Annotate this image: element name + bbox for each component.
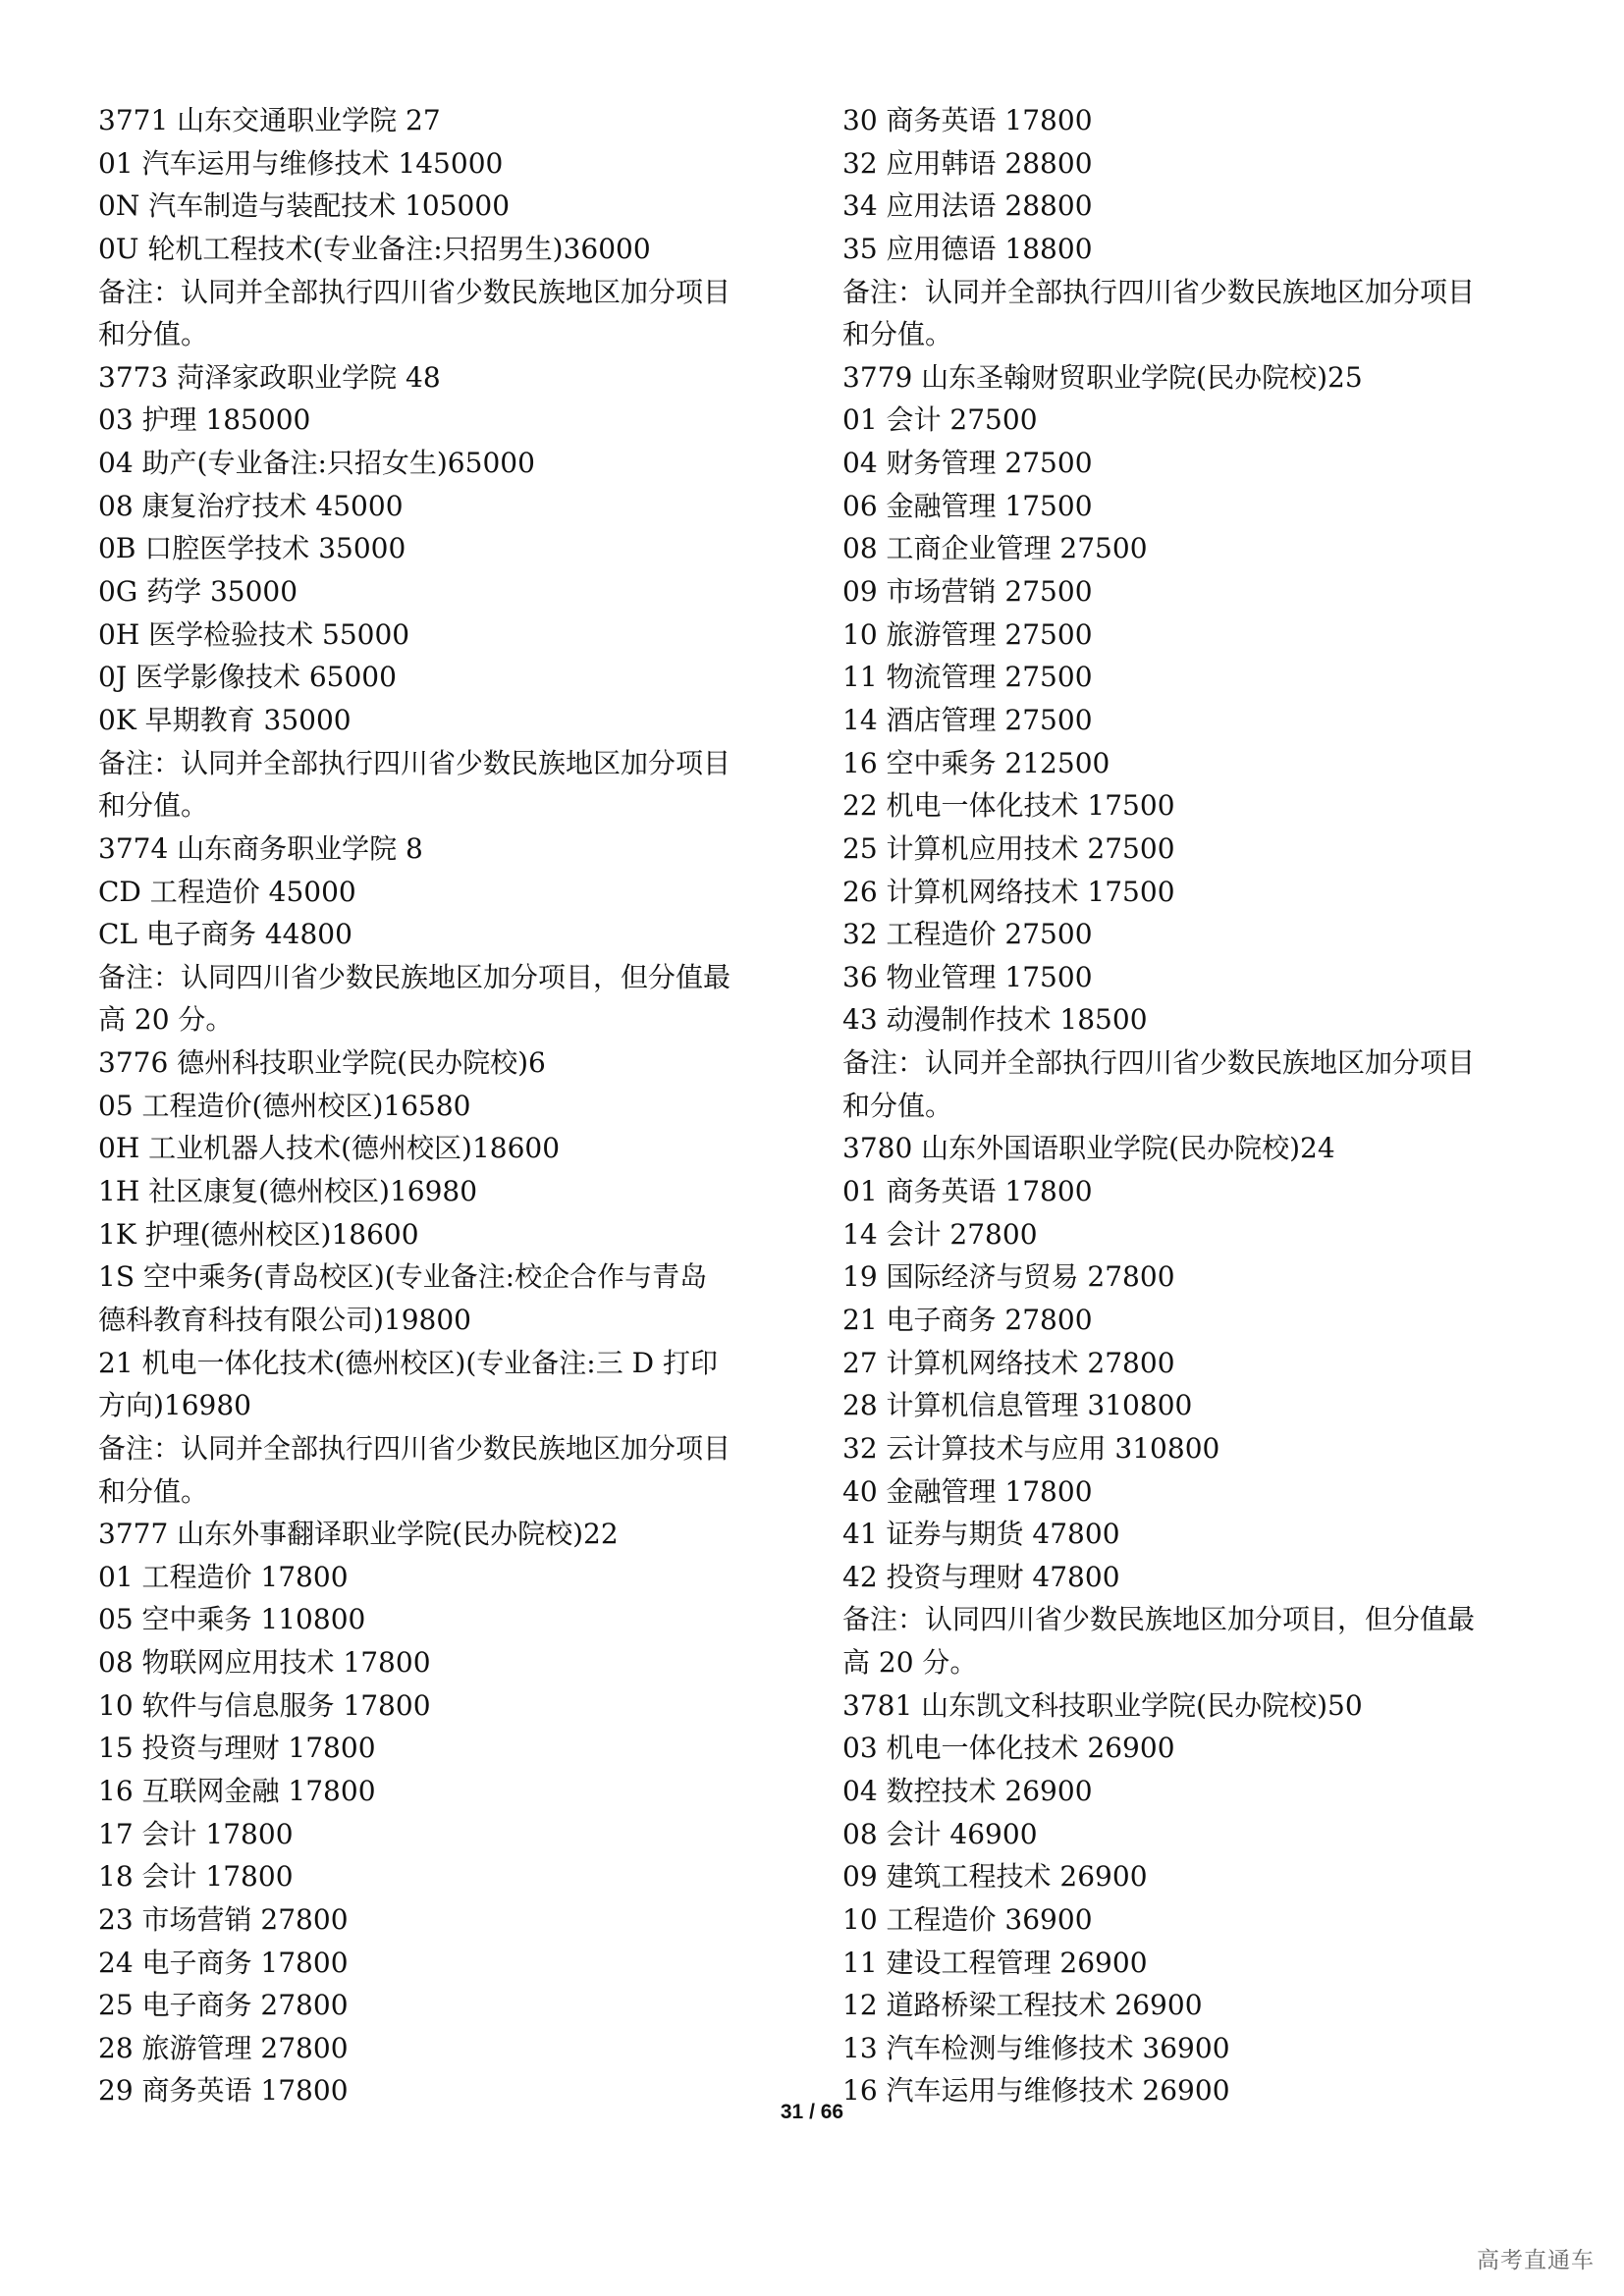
program-row: 0N 汽车制造与装配技术 105000	[98, 185, 805, 228]
program-row: 42 投资与理财 47800	[842, 1556, 1549, 1599]
program-row: 26 计算机网络技术 17500	[842, 871, 1549, 914]
institution-header: 3773 菏泽家政职业学院 48	[98, 356, 805, 400]
program-row: 12 道路桥梁工程技术 26900	[842, 1984, 1549, 2027]
program-row: 01 工程造价 17800	[98, 1556, 805, 1599]
program-row: 03 护理 185000	[98, 399, 805, 442]
note-line: 和分值。	[98, 313, 805, 356]
note-line: 高 20 分。	[842, 1641, 1549, 1684]
program-row: 11 建设工程管理 26900	[842, 1942, 1549, 1985]
program-row: 32 工程造价 27500	[842, 913, 1549, 956]
program-row: 0H 工业机器人技术(德州校区)18600	[98, 1127, 805, 1170]
program-row: 18 会计 17800	[98, 1855, 805, 1898]
note-line: 备注：认同四川省少数民族地区加分项目，但分值最	[842, 1598, 1549, 1641]
program-row: 0G 药学 35000	[98, 570, 805, 614]
institution-header: 3780 山东外国语职业学院(民办院校)24	[842, 1127, 1549, 1170]
program-row: 27 计算机网络技术 27800	[842, 1342, 1549, 1385]
note-line: 备注：认同并全部执行四川省少数民族地区加分项目	[842, 271, 1549, 314]
note-line: 备注：认同四川省少数民族地区加分项目，但分值最	[98, 956, 805, 999]
program-row: 方向)16980	[98, 1384, 805, 1427]
note-line: 和分值。	[98, 1470, 805, 1514]
program-row: 14 会计 27800	[842, 1213, 1549, 1256]
program-row: 10 旅游管理 27500	[842, 614, 1549, 657]
program-row: 01 汽车运用与维修技术 145000	[98, 142, 805, 186]
program-row: 19 国际经济与贸易 27800	[842, 1255, 1549, 1299]
program-row: 16 空中乘务 212500	[842, 742, 1549, 785]
program-row: 08 会计 46900	[842, 1813, 1549, 1856]
program-row: 08 康复治疗技术 45000	[98, 485, 805, 528]
program-row: 0K 早期教育 35000	[98, 699, 805, 742]
program-row: 28 计算机信息管理 310800	[842, 1384, 1549, 1427]
program-row: 09 建筑工程技术 26900	[842, 1855, 1549, 1898]
note-line: 备注：认同并全部执行四川省少数民族地区加分项目	[98, 742, 805, 785]
program-row: 04 财务管理 27500	[842, 442, 1549, 485]
program-row: CD 工程造价 45000	[98, 871, 805, 914]
institution-header: 3779 山东圣翰财贸职业学院(民办院校)25	[842, 356, 1549, 400]
note-line: 备注：认同并全部执行四川省少数民族地区加分项目	[98, 1427, 805, 1470]
program-row: 1H 社区康复(德州校区)16980	[98, 1170, 805, 1213]
program-row: 22 机电一体化技术 17500	[842, 784, 1549, 828]
program-row: 23 市场营销 27800	[98, 1898, 805, 1942]
program-row: 05 空中乘务 110800	[98, 1598, 805, 1641]
program-row: 13 汽车检测与维修技术 36900	[842, 2027, 1549, 2070]
program-row: 25 电子商务 27800	[98, 1984, 805, 2027]
program-row: 36 物业管理 17500	[842, 956, 1549, 999]
program-row: 41 证券与期货 47800	[842, 1513, 1549, 1556]
program-row: 0H 医学检验技术 55000	[98, 614, 805, 657]
program-row: 43 动漫制作技术 18500	[842, 998, 1549, 1041]
program-row: 1S 空中乘务(青岛校区)(专业备注:校企合作与青岛	[98, 1255, 805, 1299]
program-row: 21 电子商务 27800	[842, 1299, 1549, 1342]
watermark: 高考直通车	[1477, 2242, 1595, 2274]
program-row: 35 应用德语 18800	[842, 228, 1549, 271]
program-row: 03 机电一体化技术 26900	[842, 1727, 1549, 1770]
program-row: 11 物流管理 27500	[842, 656, 1549, 699]
note-line: 和分值。	[842, 1085, 1549, 1128]
program-row: 10 软件与信息服务 17800	[98, 1684, 805, 1728]
program-row: CL 电子商务 44800	[98, 913, 805, 956]
program-row: 06 金融管理 17500	[842, 485, 1549, 528]
program-row: 德科教育科技有限公司)19800	[98, 1299, 805, 1342]
program-row: 32 云计算技术与应用 310800	[842, 1427, 1549, 1470]
note-line: 和分值。	[98, 784, 805, 828]
institution-header: 3776 德州科技职业学院(民办院校)6	[98, 1041, 805, 1085]
program-row: 40 金融管理 17800	[842, 1470, 1549, 1514]
program-row: 01 商务英语 17800	[842, 1170, 1549, 1213]
program-row: 34 应用法语 28800	[842, 185, 1549, 228]
institution-header: 3774 山东商务职业学院 8	[98, 828, 805, 871]
program-row: 04 助产(专业备注:只招女生)65000	[98, 442, 805, 485]
institution-header: 3781 山东凯文科技职业学院(民办院校)50	[842, 1684, 1549, 1728]
program-row: 24 电子商务 17800	[98, 1942, 805, 1985]
program-row: 04 数控技术 26900	[842, 1770, 1549, 1813]
left-column: 3771 山东交通职业学院 2701 汽车运用与维修技术 1450000N 汽车…	[98, 99, 805, 2112]
right-column: 30 商务英语 1780032 应用韩语 2880034 应用法语 288003…	[842, 99, 1549, 2112]
institution-header: 3777 山东外事翻译职业学院(民办院校)22	[98, 1513, 805, 1556]
program-row: 17 会计 17800	[98, 1813, 805, 1856]
program-row: 32 应用韩语 28800	[842, 142, 1549, 186]
program-row: 0J 医学影像技术 65000	[98, 656, 805, 699]
note-line: 备注：认同并全部执行四川省少数民族地区加分项目	[98, 271, 805, 314]
program-row: 09 市场营销 27500	[842, 570, 1549, 614]
program-row: 25 计算机应用技术 27500	[842, 828, 1549, 871]
program-row: 0B 口腔医学技术 35000	[98, 527, 805, 570]
program-row: 30 商务英语 17800	[842, 99, 1549, 142]
program-row: 1K 护理(德州校区)18600	[98, 1213, 805, 1256]
note-line: 和分值。	[842, 313, 1549, 356]
program-row: 01 会计 27500	[842, 399, 1549, 442]
institution-header: 3771 山东交通职业学院 27	[98, 99, 805, 142]
program-row: 0U 轮机工程技术(专业备注:只招男生)36000	[98, 228, 805, 271]
program-row: 08 物联网应用技术 17800	[98, 1641, 805, 1684]
program-row: 16 互联网金融 17800	[98, 1770, 805, 1813]
program-row: 14 酒店管理 27500	[842, 699, 1549, 742]
program-row: 15 投资与理财 17800	[98, 1727, 805, 1770]
program-row: 21 机电一体化技术(德州校区)(专业备注:三 D 打印	[98, 1342, 805, 1385]
page-number: 31 / 66	[0, 2101, 1624, 2124]
program-row: 05 工程造价(德州校区)16580	[98, 1085, 805, 1128]
program-row: 28 旅游管理 27800	[98, 2027, 805, 2070]
program-row: 10 工程造价 36900	[842, 1898, 1549, 1942]
note-line: 高 20 分。	[98, 998, 805, 1041]
note-line: 备注：认同并全部执行四川省少数民族地区加分项目	[842, 1041, 1549, 1085]
program-row: 08 工商企业管理 27500	[842, 527, 1549, 570]
